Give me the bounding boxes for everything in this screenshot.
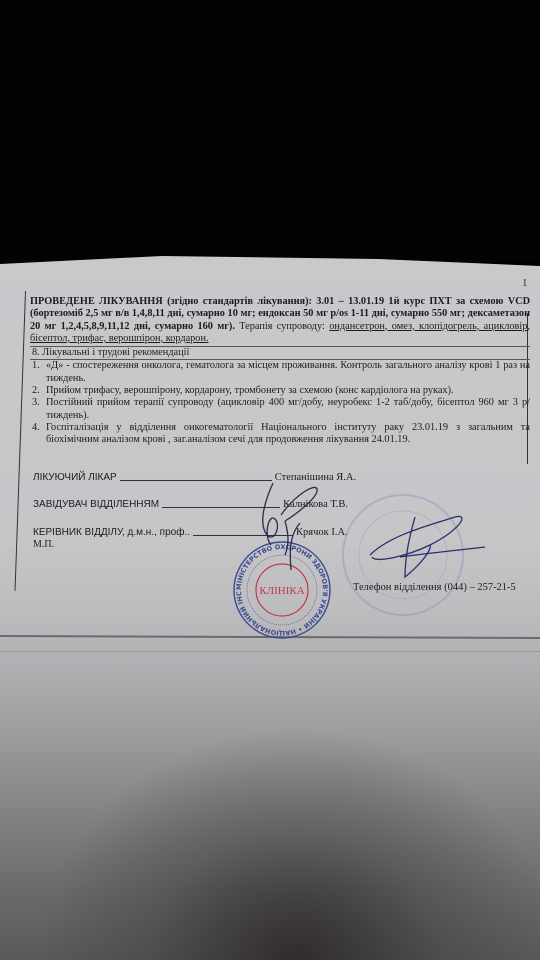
shadow [0,600,540,960]
therapy-label: Терапія супроводу: [239,321,325,332]
treatment-heading: ПРОВЕДЕНЕ ЛІКУВАННЯ [30,296,163,307]
signature-role: ЛІКУЮЧИЙ ЛІКАР [33,472,117,483]
item-number: 3. [30,397,46,422]
signature-line [193,535,293,536]
recommendation-item: 4.Госпіталізація у відділення онкогемато… [30,422,530,447]
item-text: Госпіталізація у відділення онкогематоло… [46,422,530,447]
treatment-section: ПРОВЕДЕНЕ ЛІКУВАННЯ (згідно стандартів л… [30,296,530,345]
item-text: «Д» - спостереження онколога, гематолога… [46,360,530,385]
recommendations-list: 1.«Д» - спостереження онколога, гематоло… [30,360,530,446]
signature-role: КЕРІВНИК ВІДДІЛУ, д.м.н., проф.. [33,527,190,538]
recommendation-item: 1.«Д» - спостереження онколога, гематоло… [30,360,530,385]
stamp-center-text: КЛІНІКА [259,585,304,597]
signature-row-head: ЗАВІДУВАЧ ВІДДІЛЕННЯМ Калнікова Т.В. [33,499,348,510]
signature-name: Степанішина Я.А. [275,472,356,483]
recommendation-item: 2.Прийом трифасу, верошпірону, кордарону… [30,385,530,397]
signature-line [162,507,280,508]
document-body: ПРОВЕДЕНЕ ЛІКУВАННЯ (згідно стандартів л… [30,296,530,447]
item-number: 4. [30,422,46,447]
clinic-stamp: МІНІСТЕРСТВО ОХОРОНИ ЗДОРОВ'Я УКРАЇНИ • … [232,540,332,640]
fold-line-secondary [0,651,540,652]
faded-stamp [338,490,468,620]
item-text: Постійний прийом терапії супроводу (ацик… [46,397,530,422]
recommendations-heading: 8. Лікувальні і трудові рекомендації [30,346,530,360]
signature-row-attending: ЛІКУЮЧИЙ ЛІКАР Степанішина Я.А. [33,472,356,483]
item-number: 1. [30,360,46,385]
background-dark [0,0,540,262]
page-number: 1 [522,277,528,289]
signature-role: ЗАВІДУВАЧ ВІДДІЛЕННЯМ [33,499,159,510]
department-phone: Телефон відділення (044) – 257-21-5 [353,582,516,593]
recommendation-item: 3.Постійний прийом терапії супроводу (ац… [30,397,530,422]
item-number: 2. [30,385,46,397]
treatment-heading-note: (згідно стандартів лікування): [167,296,312,307]
item-text: Прийом трифасу, верошпірону, кордарону, … [46,385,530,397]
seal-label: М.П. [33,539,54,550]
signature-line [120,480,272,481]
signature-row-chief: КЕРІВНИК ВІДДІЛУ, д.м.н., проф.. Крячок … [33,527,348,538]
